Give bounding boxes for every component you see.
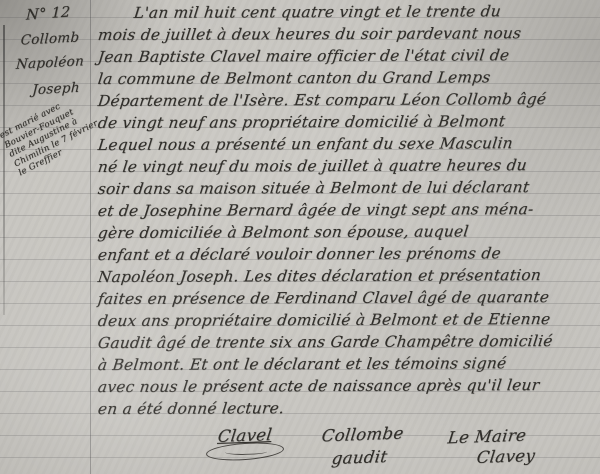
body-line: L'an mil huit cent quatre vingt et le tr… <box>97 0 600 24</box>
signature-collombe: Collombe <box>321 424 405 446</box>
body-line: Gaudit âgé de trente six ans Garde Champ… <box>97 330 600 354</box>
margin-surname: Collomb <box>10 29 91 49</box>
scanned-register-page: N° 12 Collomb Napoléon Joseph est marié … <box>0 0 600 474</box>
act-number: N° 12 <box>26 4 71 23</box>
body-line: deux ans propriétaire domicilié à Belmon… <box>97 308 600 332</box>
body-line: soir dans sa maison située à Belmont de … <box>97 176 600 200</box>
body-line: et de Josephine Bernard âgée de vingt se… <box>97 198 600 222</box>
body-line: la commune de Belmont canton du Grand Le… <box>97 66 600 90</box>
body-line: enfant et a déclaré vouloir donner les p… <box>97 242 600 266</box>
body-line: Département de l'Isère. Est comparu Léon… <box>97 88 600 112</box>
body-line: né le vingt neuf du mois de juillet à qu… <box>97 154 600 178</box>
signature-clavey: Clavey <box>476 446 537 467</box>
body-line: de vingt neuf ans propriétaire domicilié… <box>97 110 600 134</box>
body-line: Lequel nous a présenté un enfant du sexe… <box>97 132 600 156</box>
body-line: Napoléon Joseph. Les dites déclaration e… <box>97 264 600 288</box>
signature-gaudit: gaudit <box>331 447 389 468</box>
body-line: Jean Baptiste Clavel maire officier de l… <box>97 44 600 68</box>
body-line: mois de juillet à deux heures du soir pa… <box>97 22 600 46</box>
margin-rule-line <box>90 0 91 474</box>
body-line: gère domiciliée à Belmont son épouse, au… <box>97 220 600 244</box>
body-line: en a été donné lecture. <box>97 396 600 420</box>
body-line: à Belmont. Et ont le déclarant et les té… <box>97 352 600 376</box>
body-line: faites en présence de Ferdinand Clavel â… <box>97 286 600 310</box>
signature-le-maire: Le Maire <box>447 426 528 448</box>
body-line: avec nous le présent acte de naissance a… <box>97 374 600 398</box>
act-body-text: L'an mil huit cent quatre vingt et le tr… <box>98 2 598 420</box>
margin-firstname-1: Napoléon <box>10 53 91 73</box>
paper-edge-line <box>3 25 5 315</box>
